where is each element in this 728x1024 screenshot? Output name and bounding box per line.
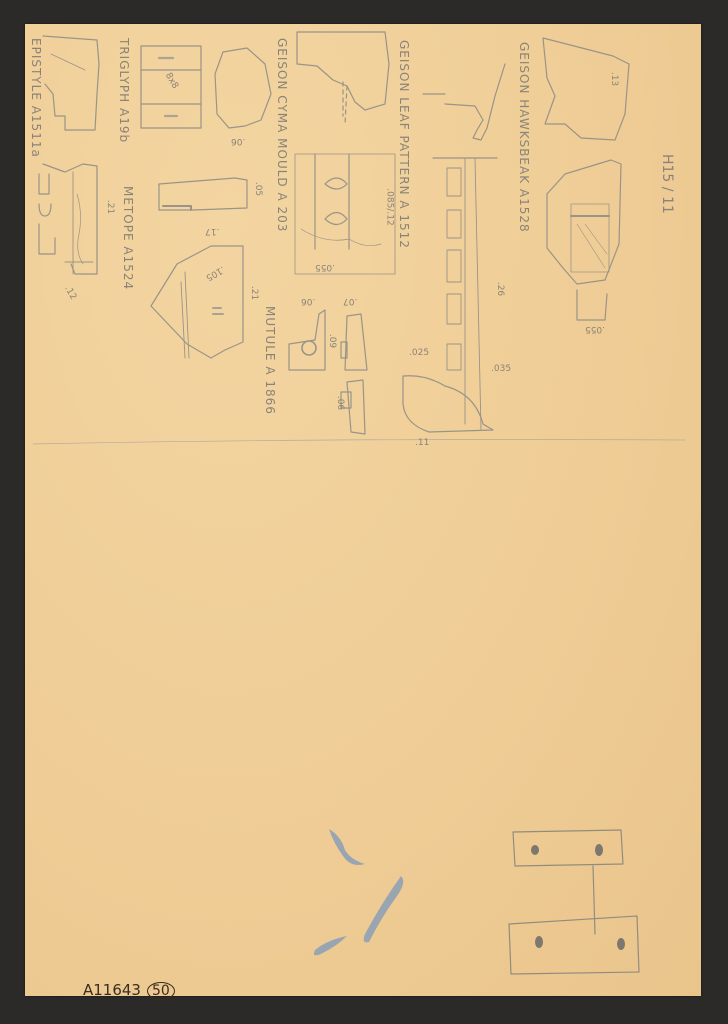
dim-mutule-09: .09	[327, 334, 337, 348]
dim-mutule-06b: .06	[335, 396, 345, 410]
horizontal-guide-line	[33, 440, 685, 445]
blue-crayon-marks	[314, 829, 403, 955]
catalog-number: A11643	[83, 981, 141, 999]
label-metope: METOPE A1524	[121, 186, 135, 290]
dim-metope-05: .05	[253, 182, 263, 196]
dim-leaf-025: .025	[409, 348, 429, 358]
dim-hawk-055: .055	[585, 324, 605, 334]
label-triglyph: TRIGLYPH A19b	[117, 38, 131, 143]
hawksbeak-upper-sketch	[543, 38, 629, 140]
catalog-label: A1164350	[83, 981, 175, 1000]
metope-triangle-sketch	[151, 246, 243, 358]
label-epistyle: EPISTYLE A1511a	[29, 38, 43, 158]
mutule-sketch	[289, 310, 367, 434]
label-geison-cyma: GEISON CYMA MOULD A 203	[275, 38, 289, 232]
dim-hawk-13: .13	[609, 72, 619, 86]
page-number-circled: 50	[147, 982, 175, 1000]
dim-cyma-055: .055	[315, 262, 335, 272]
label-geison-leaf: GEISON LEAF PATTERN A 1512	[397, 40, 411, 249]
dim-shape-06: .06	[231, 136, 245, 146]
grid-reference: H15 / 11	[659, 154, 675, 214]
metope-block-sketch	[159, 178, 247, 210]
dowel-plates-sketch	[509, 830, 639, 974]
label-geison-hawksbeak: GEISON HAWKSBEAK A1528	[517, 42, 531, 233]
dim-mutule-07: .07	[343, 296, 357, 306]
dim-leaf-11: .11	[415, 438, 429, 448]
drawing-sheet: EPISTYLE A1511a TRIGLYPH A19b METOPE A15…	[25, 24, 701, 996]
epistyle-top-sketch	[43, 36, 99, 130]
dim-metope-17: .17	[205, 226, 219, 236]
dim-metope-21: .21	[249, 286, 259, 300]
dim-mutule-06a: .06	[301, 296, 315, 306]
geison-cyma-profile-sketch	[295, 32, 395, 274]
geison-leaf-profile-sketch	[403, 64, 505, 432]
epistyle-lower-sketch	[39, 164, 97, 274]
label-mutule: MUTULE A 1866	[263, 306, 277, 415]
block-outline-sketch	[215, 48, 271, 128]
pencil-sketches	[25, 24, 701, 996]
dim-cyma-085: .085/.12	[385, 188, 395, 225]
dim-leaf-035: .035	[491, 364, 511, 374]
dim-epistyle-21: .21	[105, 200, 115, 214]
dim-leaf-26: .26	[495, 282, 505, 296]
hawksbeak-lower-sketch	[547, 160, 621, 320]
